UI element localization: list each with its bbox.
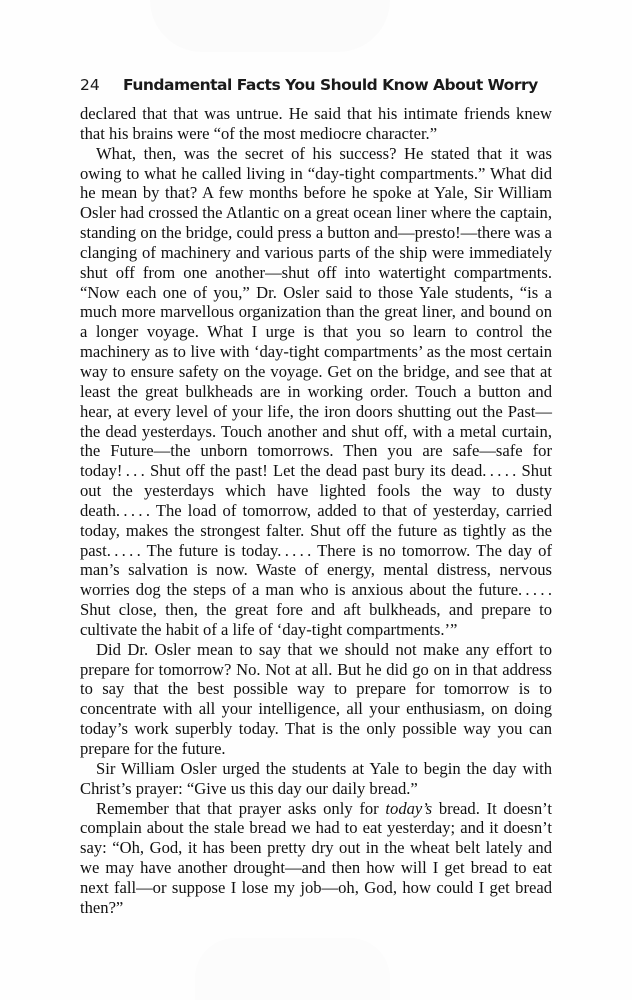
running-head: 24Fundamental Facts You Should Know Abou…	[80, 76, 560, 98]
scan-artifact-bottom	[195, 938, 390, 1000]
emphasis-todays: today’s	[385, 799, 432, 818]
body-text: declared that that was untrue. He said t…	[80, 104, 552, 918]
paragraph-3: Did Dr. Osler mean to say that we should…	[80, 640, 552, 759]
paragraph-4: Sir William Osler urged the students at …	[80, 759, 552, 799]
page-number: 24	[80, 76, 123, 94]
paragraph-5-lead: Remember that that prayer asks only for	[96, 799, 385, 818]
paragraph-5: Remember that that prayer asks only for …	[80, 799, 552, 918]
paragraph-1: declared that that was untrue. He said t…	[80, 104, 552, 144]
scan-artifact-top	[150, 0, 390, 52]
book-page: 24Fundamental Facts You Should Know Abou…	[0, 0, 632, 1000]
chapter-title: Fundamental Facts You Should Know About …	[123, 76, 538, 94]
paragraph-2: What, then, was the secret of his succes…	[80, 144, 552, 640]
